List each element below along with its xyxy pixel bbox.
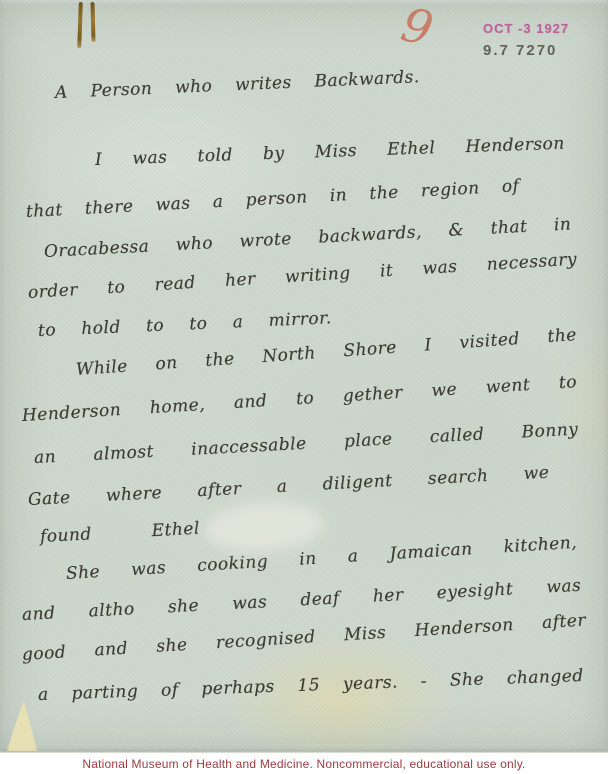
accession-number-stamp: 9.7 7270 bbox=[483, 42, 557, 59]
caption-strip: National Museum of Health and Medicine. … bbox=[0, 753, 608, 774]
date-received-stamp: OCT -3 1927 bbox=[483, 21, 569, 36]
archive-caption: National Museum of Health and Medicine. … bbox=[82, 757, 525, 771]
scanned-letter-page: { "stamps": { "red_mark": "9", "date_sta… bbox=[0, 0, 608, 774]
